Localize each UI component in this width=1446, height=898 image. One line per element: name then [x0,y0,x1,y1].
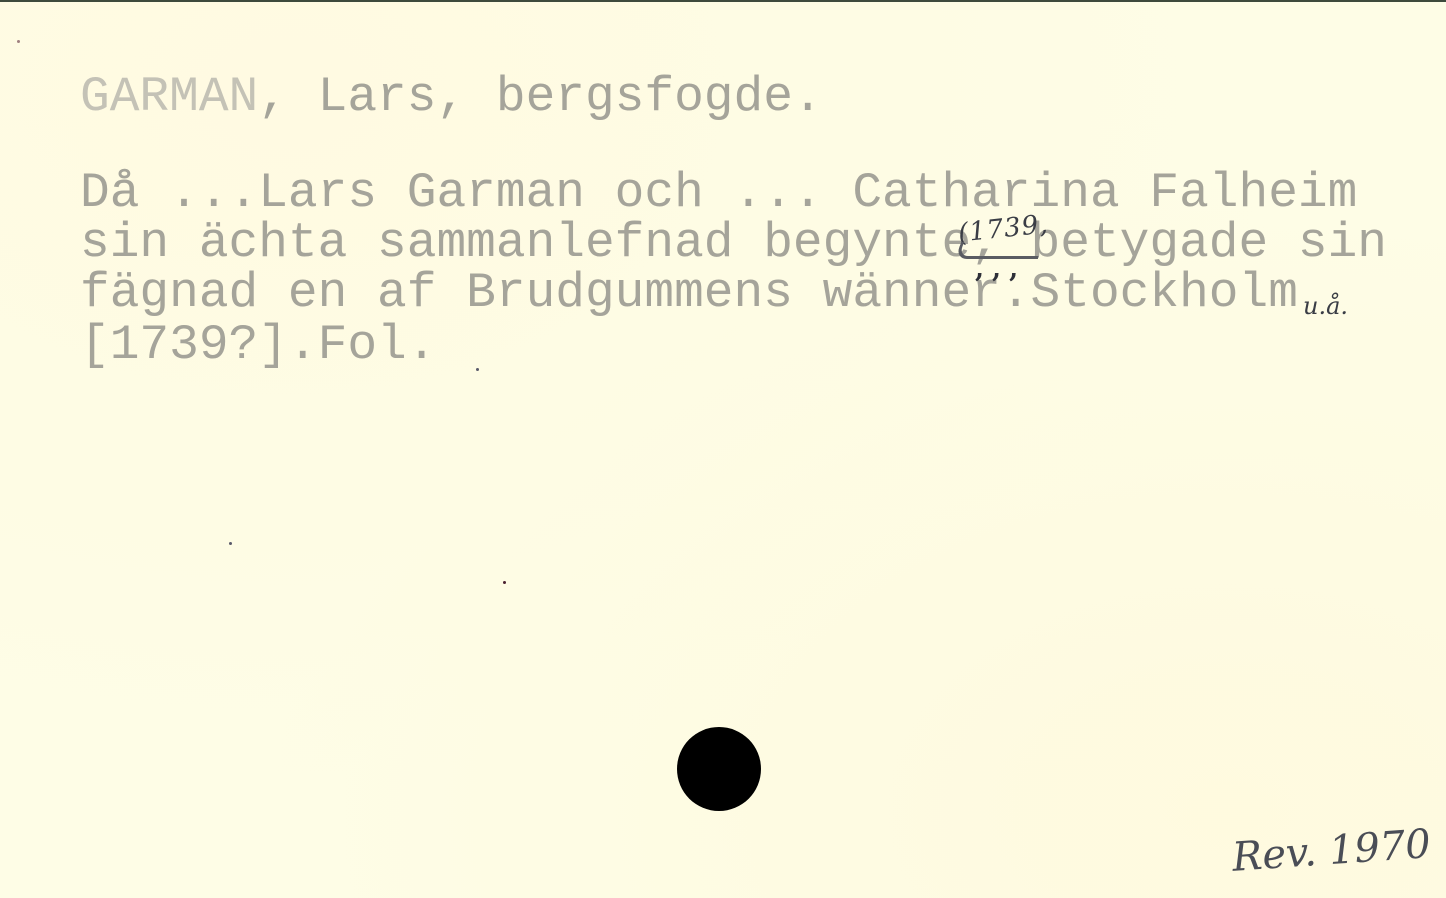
card-heading: GARMAN, Lars, bergsfogde. [80,72,823,122]
paper-speck [476,368,479,371]
paper-speck [229,542,232,545]
paper-speck [17,40,20,43]
body-line-4: [1739?].Fol. [80,320,436,370]
heading-rest: , Lars, bergsfogde. [258,69,822,125]
handwritten-comma-marks: ,,, [975,254,1026,284]
body-line-3: fägnad en af Brudgummens wänner.Stockhol… [80,268,1298,318]
heading-surname: GARMAN [80,69,258,125]
body-line-2: sin ächta sammanlefnad begynte, betygade… [80,218,1387,268]
handwritten-ua-note: u.å. [1303,292,1348,320]
catalog-card: GARMAN, Lars, bergsfogde. Då ...Lars Gar… [0,0,1446,898]
body-line-1: Då ...Lars Garman och ... Catharina Falh… [80,168,1357,218]
handwritten-revision-note: Rev. 1970 [1231,821,1433,881]
paper-speck [503,581,506,584]
punch-hole [677,727,761,811]
